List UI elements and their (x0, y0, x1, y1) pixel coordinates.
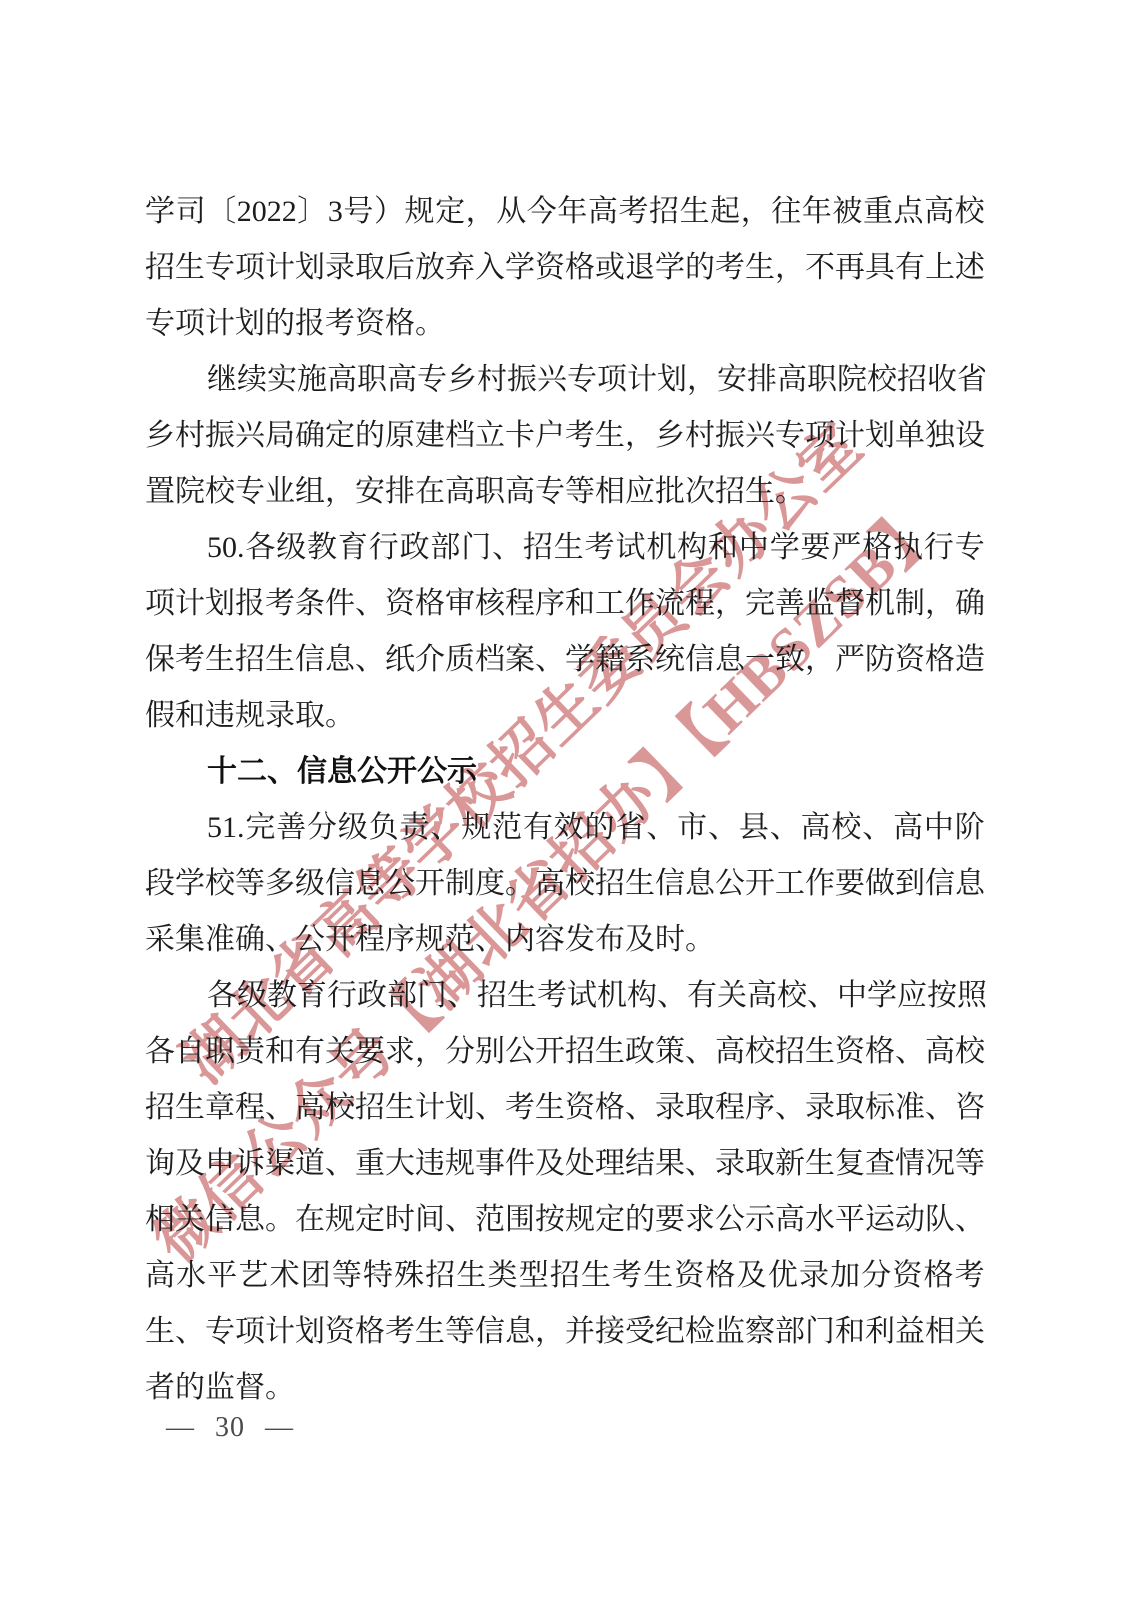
text-line: 项计划报考条件、资格审核程序和工作流程，完善监督机制，确 (145, 576, 985, 632)
text-line: 各自职责和有关要求，分别公开招生政策、高校招生资格、高校 (145, 1024, 985, 1080)
text-line: 假和违规录取。 (145, 688, 985, 744)
page-footer: — 30 — (166, 1404, 294, 1452)
text-line: 采集准确、公开程序规范、内容发布及时。 (145, 912, 985, 968)
text-line: 50.各级教育行政部门、招生考试机构和中学要严格执行专 (145, 520, 985, 576)
text-line: 生、专项计划资格考生等信息，并接受纪检监察部门和利益相关 (145, 1304, 985, 1360)
text-line: 段学校等多级信息公开制度。高校招生信息公开工作要做到信息 (145, 856, 985, 912)
text-line: 招生专项计划录取后放弃入学资格或退学的考生，不再具有上述 (145, 240, 985, 296)
text-line: 各级教育行政部门、招生考试机构、有关高校、中学应按照 (145, 968, 985, 1024)
text-line: 高水平艺术团等特殊招生类型招生考生资格及优录加分资格考 (145, 1248, 985, 1304)
document-body: 学司〔2022〕3号）规定，从今年高考招生起，往年被重点高校招生专项计划录取后放… (145, 184, 985, 1416)
text-line: 询及申诉渠道、重大违规事件及处理结果、录取新生复查情况等 (145, 1136, 985, 1192)
text-line: 乡村振兴局确定的原建档立卡户考生，乡村振兴专项计划单独设 (145, 408, 985, 464)
document-page: 湖北省高等学校招生委员会办公室 微信公众号【湖北省招办】【HBSZSB】 学司〔… (0, 0, 1131, 1600)
text-line: 置院校专业组，安排在高职高专等相应批次招生。 (145, 464, 985, 520)
text-line: 保考生招生信息、纸介质档案、学籍系统信息一致，严防资格造 (145, 632, 985, 688)
page-number: — 30 — (166, 1412, 294, 1443)
section-heading: 十二、信息公开公示 (145, 744, 985, 800)
text-line: 继续实施高职高专乡村振兴专项计划，安排高职院校招收省 (145, 352, 985, 408)
text-line: 招生章程、高校招生计划、考生资格、录取程序、录取标准、咨 (145, 1080, 985, 1136)
text-line: 专项计划的报考资格。 (145, 296, 985, 352)
text-line: 51.完善分级负责、规范有效的省、市、县、高校、高中阶 (145, 800, 985, 856)
text-line: 学司〔2022〕3号）规定，从今年高考招生起，往年被重点高校 (145, 184, 985, 240)
text-line: 相关信息。在规定时间、范围按规定的要求公示高水平运动队、 (145, 1192, 985, 1248)
